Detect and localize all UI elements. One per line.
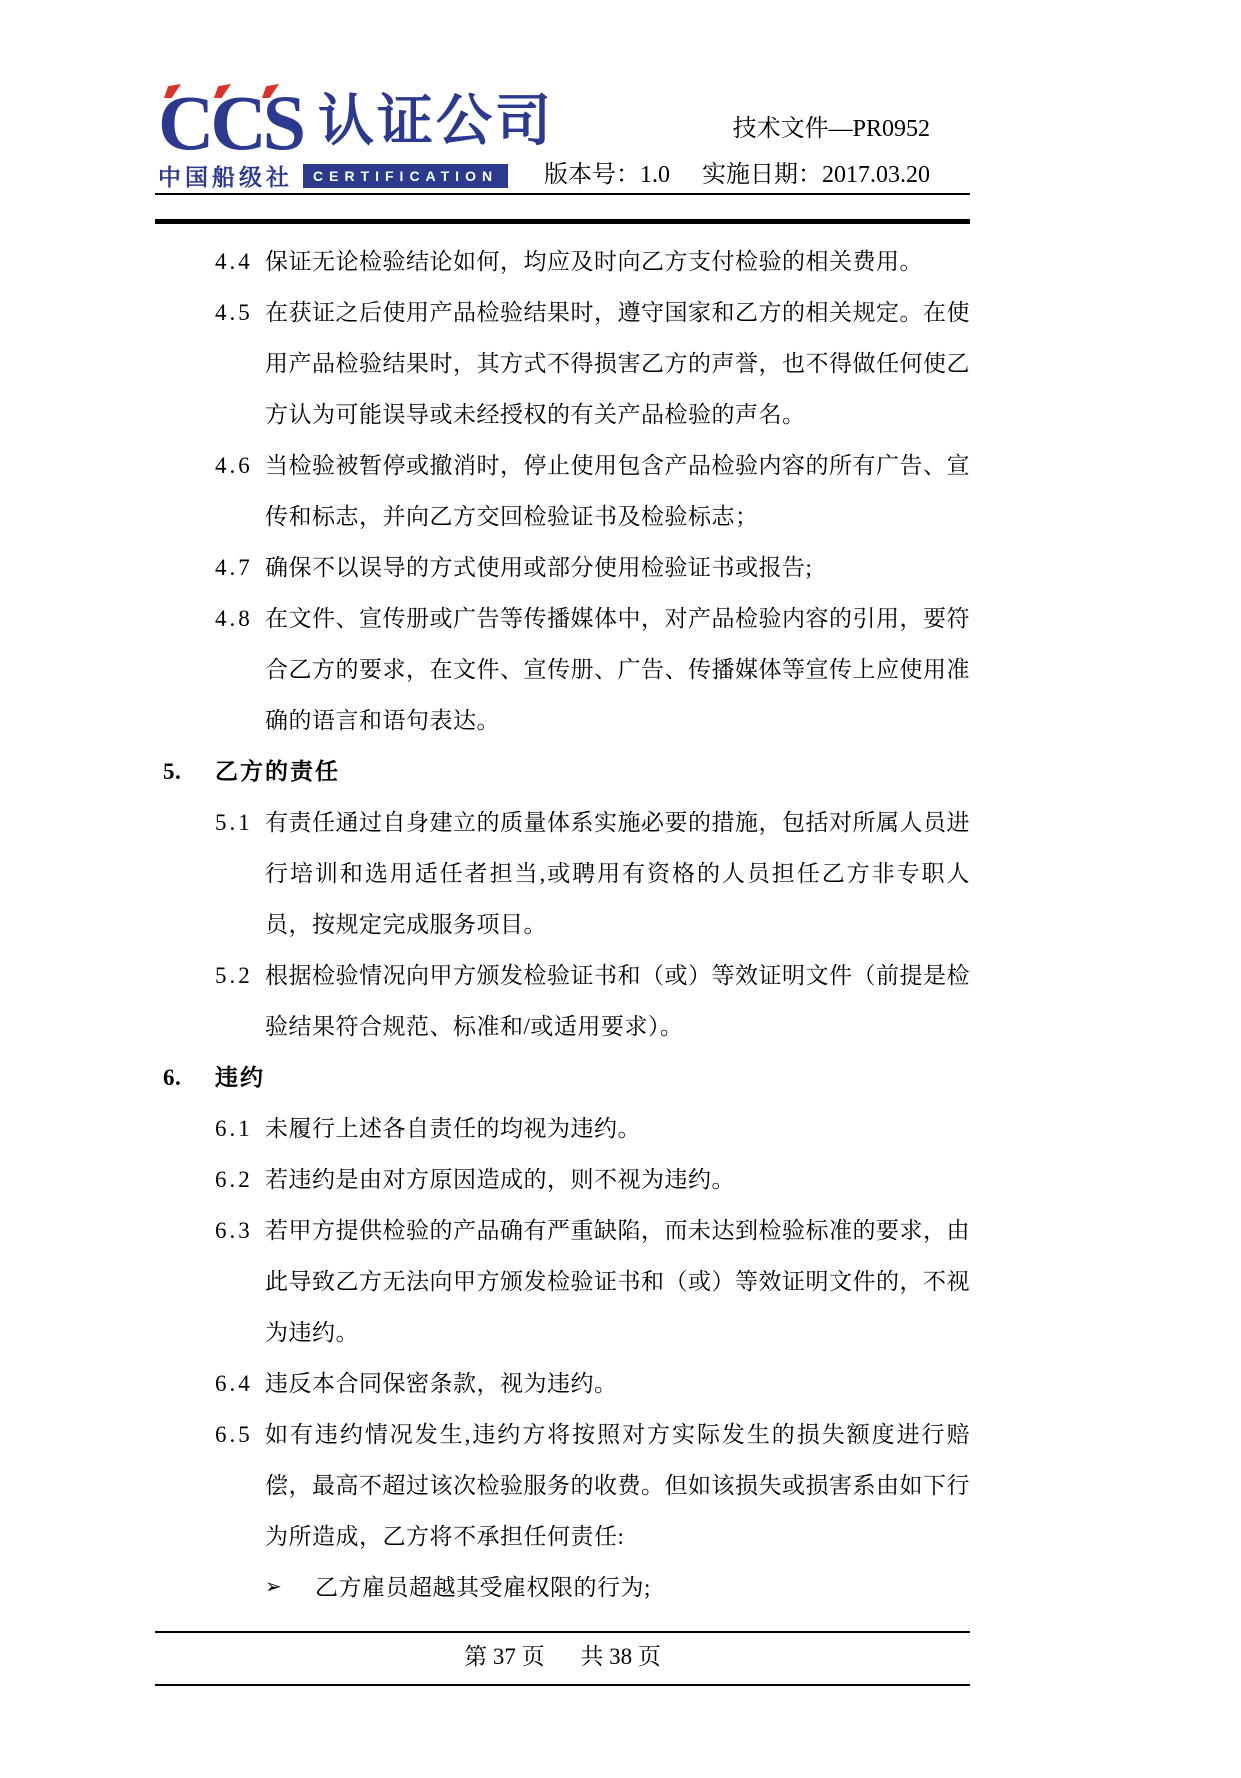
document-page: CCS 认证公司 中国船级社 CERTIFICATION 技术文件—PR0952… [0, 0, 1241, 1778]
clause-text: 在文件、宣传册或广告等传播媒体中，对产品检验内容的引用，要符合乙方的要求，在文件… [265, 593, 970, 746]
clause-6-3: 6.3 若甲方提供检验的产品确有严重缺陷，而未达到检验标准的要求，由此导致乙方无… [155, 1205, 970, 1358]
clause-number: 4.6 [215, 440, 265, 542]
clause-number: 6.5 [215, 1409, 265, 1562]
clause-4-4: 4.4 保证无论检验结论如何，均应及时向乙方支付检验的相关费用。 [155, 236, 970, 287]
document-header-info: 技术文件—PR0952 版本号：1.0 实施日期：2017.03.20 [544, 106, 930, 198]
clause-text: 确保不以误导的方式使用或部分使用检验证书或报告; [265, 542, 970, 593]
bullet-item: ➢ 乙方雇员超越其受雇权限的行为; [155, 1562, 970, 1613]
clause-text: 保证无论检验结论如何，均应及时向乙方支付检验的相关费用。 [265, 236, 970, 287]
document-body: 4.4 保证无论检验结论如何，均应及时向乙方支付检验的相关费用。 4.5 在获证… [155, 236, 970, 1613]
section-title: 乙方的责任 [215, 746, 970, 797]
version-line: 版本号：1.0 实施日期：2017.03.20 [544, 152, 930, 198]
clause-number: 5.2 [215, 950, 265, 1052]
ccs-logo-letters: CCS [158, 90, 302, 156]
logo-company-name: 认证公司 [318, 90, 554, 152]
clause-text: 在获证之后使用产品检验结果时，遵守国家和乙方的相关规定。在使用产品检验结果时，其… [265, 287, 970, 440]
clause-number: 4.5 [215, 287, 265, 440]
version-label: 版本号：1.0 [544, 162, 670, 188]
doc-ref: 技术文件—PR0952 [544, 106, 930, 152]
section-6-heading: 6. 违约 [155, 1052, 970, 1103]
clause-number: 4.7 [215, 542, 265, 593]
clause-number: 6.2 [215, 1154, 265, 1205]
clause-5-1: 5.1 有责任通过自身建立的质量体系实施必要的措施，包括对所属人员进行培训和选用… [155, 797, 970, 950]
clause-number: 6.4 [215, 1358, 265, 1409]
bullet-text: 乙方雇员超越其受雇权限的行为; [315, 1562, 970, 1613]
clause-number: 4.4 [215, 236, 265, 287]
header-divider-thick [155, 219, 970, 224]
page-total-label: 共 38 页 [580, 1644, 661, 1669]
clause-6-5: 6.5 如有违约情况发生,违约方将按照对方实际发生的损失额度进行赔偿，最高不超过… [155, 1409, 970, 1562]
footer-divider-top [155, 1631, 970, 1633]
clause-4-7: 4.7 确保不以误导的方式使用或部分使用检验证书或报告; [155, 542, 970, 593]
section-number: 5. [163, 746, 215, 797]
clause-text: 当检验被暂停或撤消时，停止使用包含产品检验内容的所有广告、宣传和标志，并向乙方交… [265, 440, 970, 542]
ccs-logo-text: CCS [158, 79, 302, 166]
clause-text: 未履行上述各自责任的均视为违约。 [265, 1103, 970, 1154]
section-number: 6. [163, 1052, 215, 1103]
footer-divider-bottom [155, 1684, 970, 1686]
ccs-logo: CCS 认证公司 中国船级社 CERTIFICATION [158, 90, 554, 192]
clause-number: 4.8 [215, 593, 265, 746]
clause-6-1: 6.1 未履行上述各自责任的均视为违约。 [155, 1103, 970, 1154]
page-number: 第 37 页 共 38 页 [155, 1638, 970, 1671]
page-current-label: 第 37 页 [464, 1644, 545, 1669]
clause-number: 6.3 [215, 1205, 265, 1358]
clause-4-5: 4.5 在获证之后使用产品检验结果时，遵守国家和乙方的相关规定。在使用产品检验结… [155, 287, 970, 440]
arrow-bullet-icon: ➢ [265, 1562, 315, 1613]
clause-number: 5.1 [215, 797, 265, 950]
clause-4-8: 4.8 在文件、宣传册或广告等传播媒体中，对产品检验内容的引用，要符合乙方的要求… [155, 593, 970, 746]
clause-number: 6.1 [215, 1103, 265, 1154]
clause-text: 若违约是由对方原因造成的，则不视为违约。 [265, 1154, 970, 1205]
section-5-heading: 5. 乙方的责任 [155, 746, 970, 797]
clause-text: 如有违约情况发生,违约方将按照对方实际发生的损失额度进行赔偿，最高不超过该次检验… [265, 1409, 970, 1562]
clause-text: 违反本合同保密条款，视为违约。 [265, 1358, 970, 1409]
section-title: 违约 [215, 1052, 970, 1103]
clause-5-2: 5.2 根据检验情况向甲方颁发检验证书和（或）等效证明文件（前提是检验结果符合规… [155, 950, 970, 1052]
clause-6-4: 6.4 违反本合同保密条款，视为违约。 [155, 1358, 970, 1409]
clause-text: 有责任通过自身建立的质量体系实施必要的措施，包括对所属人员进行培训和选用适任者担… [265, 797, 970, 950]
logo-certification-banner: CERTIFICATION [303, 164, 508, 188]
clause-text: 根据检验情况向甲方颁发检验证书和（或）等效证明文件（前提是检验结果符合规范、标准… [265, 950, 970, 1052]
clause-4-6: 4.6 当检验被暂停或撤消时，停止使用包含产品检验内容的所有广告、宣传和标志，并… [155, 440, 970, 542]
clause-6-2: 6.2 若违约是由对方原因造成的，则不视为违约。 [155, 1154, 970, 1205]
clause-text: 若甲方提供检验的产品确有严重缺陷，而未达到检验标准的要求，由此导致乙方无法向甲方… [265, 1205, 970, 1358]
header-divider-thin [155, 193, 970, 195]
impl-date-label: 实施日期：2017.03.20 [702, 162, 930, 188]
